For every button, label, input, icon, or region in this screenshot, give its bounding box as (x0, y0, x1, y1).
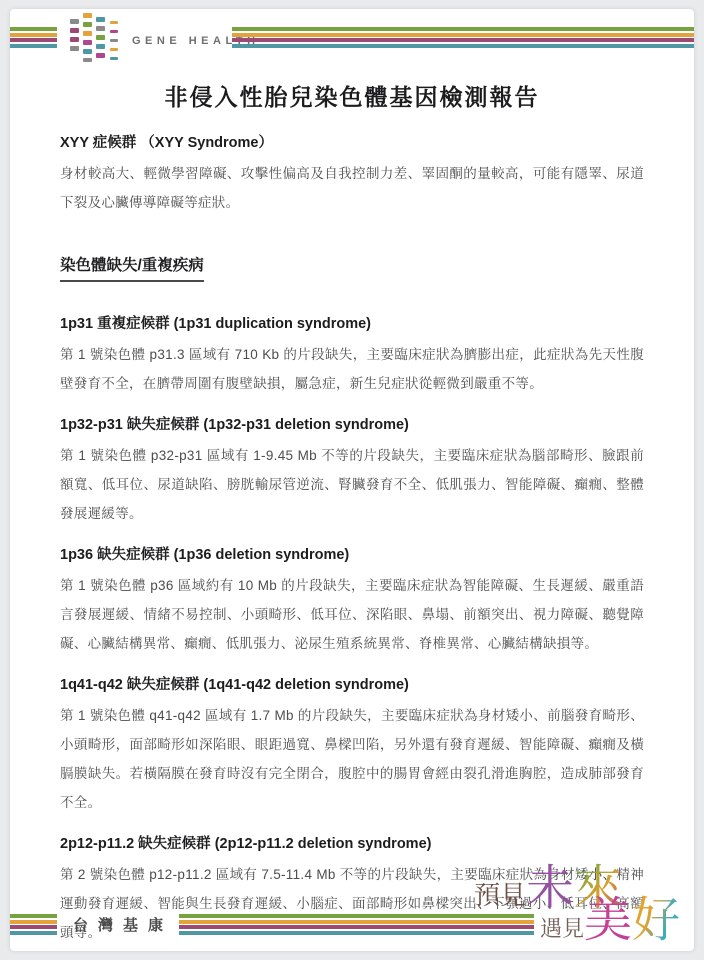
stripe-purple (179, 925, 534, 929)
report-header: GENE HEALTH (10, 9, 694, 67)
report-body: XYY 症候群 （XYY Syndrome） 身材較高大、輕微學習障礙、攻擊性偏… (10, 134, 694, 947)
stripe-orange (179, 920, 534, 924)
gene-health-logo-icon (70, 13, 120, 63)
stripe-green (10, 914, 57, 918)
slogan-yujian-future-small: 預見 (474, 880, 526, 910)
section-heading: 染色體缺失/重複疾病 (60, 253, 204, 282)
stripe-teal (179, 931, 534, 935)
stripe-purple (10, 38, 57, 42)
slogan-hao: 好 (632, 894, 680, 947)
stripe-green (10, 27, 57, 31)
entry-heading-1p36: 1p36 缺失症候群 (1p36 deletion syndrome) (60, 546, 644, 564)
header-stripes-right (232, 27, 694, 48)
stripe-teal (10, 931, 57, 935)
stripe-purple (232, 38, 694, 42)
entry-heading-1p31: 1p31 重複症候群 (1p31 duplication syndrome) (60, 315, 644, 333)
footer-stripes-left (10, 914, 57, 935)
footer-stripes-right (179, 914, 534, 935)
slogan-yujian-meet-small: 遇見 (540, 916, 584, 941)
xyy-syndrome-heading: XYY 症候群 （XYY Syndrome） (60, 134, 644, 152)
entry-description-1q41-q42: 第 1 號染色體 q41-q42 區域有 1.7 Mb 的片段缺失，主要臨床症狀… (60, 701, 644, 817)
stripe-teal (232, 44, 694, 48)
page-title: 非侵入性胎兒染色體基因檢測報告 (60, 79, 644, 112)
section-heading-wrap: 染色體缺失/重複疾病 (60, 253, 644, 282)
stripe-orange (10, 920, 57, 924)
report-page: GENE HEALTH 非侵入性胎兒染色體基因檢測報告 XYY 症候群 （XYY… (10, 9, 694, 951)
slogan-line-2: 遇見美好 (540, 897, 680, 945)
stripe-orange (10, 33, 57, 37)
stripe-green (179, 914, 534, 918)
header-stripes-left (10, 27, 57, 48)
entry-heading-1p32-p31: 1p32-p31 缺失症候群 (1p32-p31 deletion syndro… (60, 416, 644, 434)
entry-description-1p31: 第 1 號染色體 p31.3 區域有 710 Kb 的片段缺失，主要臨床症狀為臍… (60, 340, 644, 398)
entry-heading-2p12-p11-2: 2p12-p11.2 缺失症候群 (2p12-p11.2 deletion sy… (60, 835, 644, 853)
stripe-purple (10, 925, 57, 929)
slogan-mei: 美 (584, 894, 632, 947)
entry-description-1p32-p31: 第 1 號染色體 p32-p31 區域有 1-9.45 Mb 不等的片段缺失，主… (60, 441, 644, 528)
footer-bar: 台灣基康 (10, 914, 534, 935)
xyy-syndrome-description: 身材較高大、輕微學習障礙、攻擊性偏高及自我控制力差、睪固酮的量較高，可能有隱睪、… (60, 159, 644, 217)
entry-description-1p36: 第 1 號染色體 p36 區域約有 10 Mb 的片段缺失，主要臨床症狀為智能障… (60, 571, 644, 658)
company-name: 台灣基康 (57, 914, 179, 935)
entry-heading-1q41-q42: 1q41-q42 缺失症候群 (1q41-q42 deletion syndro… (60, 676, 644, 694)
stripe-orange (232, 33, 694, 37)
stripe-teal (10, 44, 57, 48)
stripe-green (232, 27, 694, 31)
